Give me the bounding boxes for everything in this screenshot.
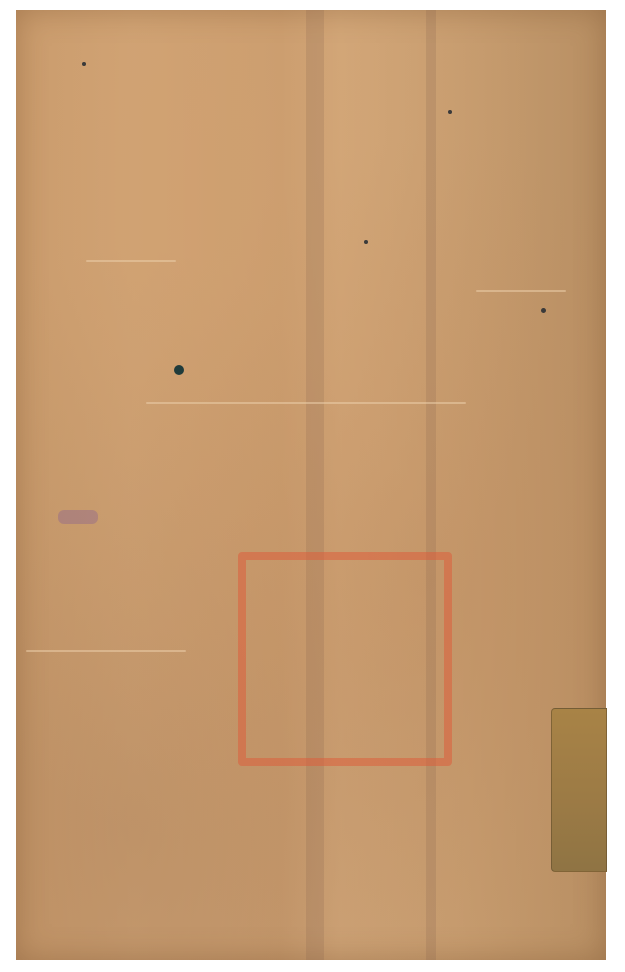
- ink-spot: [174, 365, 184, 375]
- ink-spot: [448, 110, 452, 114]
- crease: [476, 290, 566, 292]
- seal-char: [348, 570, 434, 656]
- crease: [146, 402, 466, 404]
- ink-spot: [541, 308, 546, 313]
- ink-spot: [82, 62, 86, 66]
- paper-page: [16, 10, 606, 960]
- faded-purple-mark: [58, 510, 98, 524]
- vertical-fold: [426, 10, 436, 960]
- red-seal-stamp: [238, 552, 452, 766]
- binding-tab: [551, 708, 607, 872]
- seal-char: [348, 662, 434, 748]
- crease: [86, 260, 176, 262]
- seal-char: [256, 570, 342, 656]
- crease: [26, 650, 186, 652]
- vertical-fold: [306, 10, 324, 960]
- seal-char: [256, 662, 342, 748]
- ink-spot: [364, 240, 368, 244]
